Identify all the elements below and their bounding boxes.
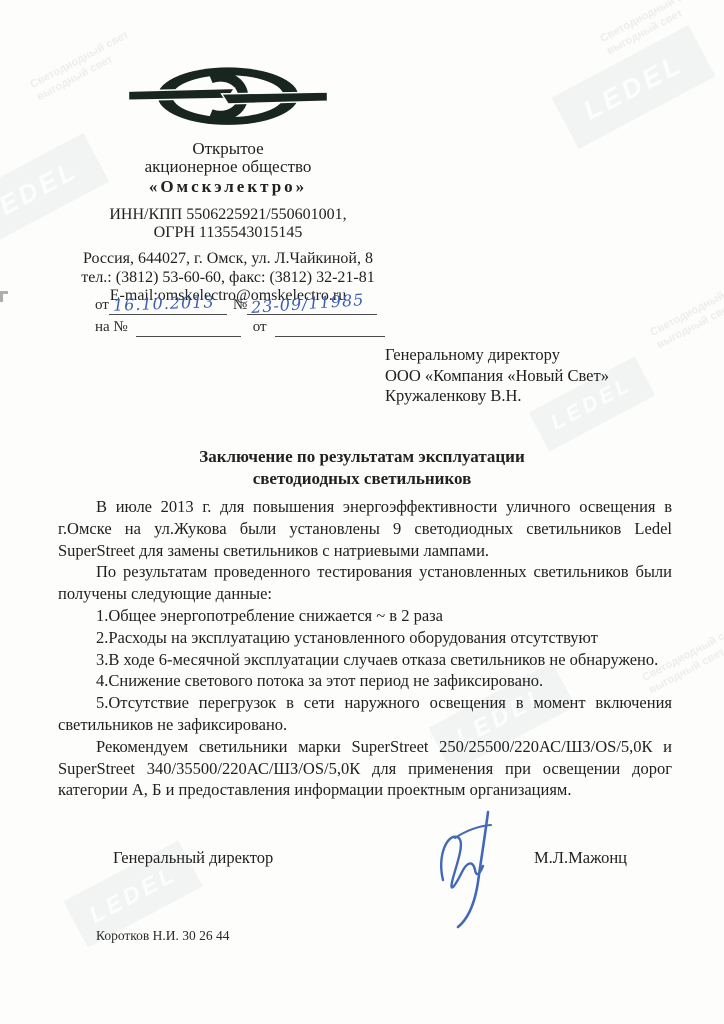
signature-name: М.Л.Мажонц — [534, 848, 672, 868]
body-list-item: 5.Отсутствие перегрузок в сети наружного… — [58, 692, 672, 736]
ogrn-line: ОГРН 1135543015145 — [52, 224, 404, 242]
body-list-item: 1.Общее энергопотребление снижается ~ в … — [58, 605, 672, 627]
inn-kpp-line: ИНН/КПП 5506225921/550601001, — [52, 206, 404, 224]
recipient-position: Генеральному директору — [385, 345, 609, 366]
signature-row: Генеральный директор М.Л.Мажонц — [58, 848, 672, 868]
watermark-slogan-line: выгодный свет — [654, 288, 724, 352]
ledel-slogan-watermark: Светодиодный свет выгодный свет — [648, 276, 724, 352]
scan-speck — [0, 294, 3, 302]
ref-date-blank: 16.10.2013 — [109, 300, 227, 315]
handwritten-number: 23-09/11985 — [251, 290, 366, 318]
body-paragraph: По результатам проведенного тестирования… — [58, 561, 672, 605]
reply-from-label: от — [253, 317, 267, 337]
phone-fax-line: тел.: (3812) 53-60-60, факс: (3812) 32-2… — [52, 269, 404, 288]
document-title-line: светодиодных светильников — [0, 468, 724, 490]
ref-number-label: № — [233, 295, 247, 315]
body-list-item: 4.Снижение светового потока за этот пери… — [58, 670, 672, 692]
ledel-badge-watermark: LEDEL — [551, 25, 715, 149]
watermark-slogan-line: Светодиодный свет — [598, 0, 701, 46]
body-paragraph: Рекомендуем светильники марки SuperStree… — [58, 736, 672, 801]
handwritten-date: 16.10.2013 — [113, 292, 215, 316]
sender-block: Открытое акционерное общество «Омскэлект… — [52, 58, 404, 306]
reply-number-blank — [136, 322, 241, 337]
reply-number-label: на № — [95, 317, 128, 337]
postal-address-line: Россия, 644027, г. Омск, ул. Л.Чайкиной,… — [52, 250, 404, 269]
reply-date-blank — [275, 322, 385, 337]
org-type-line: акционерное общество — [52, 158, 404, 176]
watermark-slogan-line: выгодный свет — [604, 0, 707, 58]
watermark-slogan-line: Светодиодный свет — [648, 276, 724, 340]
omskelektro-logo-icon — [52, 58, 404, 138]
org-type-line: Открытое — [52, 140, 404, 158]
org-name: «Омскэлектро» — [52, 177, 404, 197]
executor-note: Коротков Н.И. 30 26 44 — [96, 928, 230, 944]
recipient-block: Генеральному директору ООО «Компания «Но… — [385, 345, 609, 407]
body-list-item: 3.В ходе 6-месячной эксплуатации случаев… — [58, 649, 672, 671]
body-list-item: 2.Расходы на эксплуатацию установленного… — [58, 627, 672, 649]
document-title-line: Заключение по результатам эксплуатации — [0, 446, 724, 468]
document-title: Заключение по результатам эксплуатации с… — [0, 446, 724, 490]
body-paragraph: В июле 2013 г. для повышения энергоэффек… — [58, 496, 672, 561]
ref-from-label: от — [95, 295, 109, 315]
ref-number-blank: 23-09/11985 — [247, 300, 377, 315]
reference-lines: от 16.10.2013 № 23-09/11985 на № от — [95, 295, 395, 339]
scanned-letter-page: Светодиодный свет выгодный свет Светодио… — [0, 0, 724, 1024]
ledel-slogan-watermark: Светодиодный свет выгодный свет — [598, 0, 708, 58]
signature-position-label: Генеральный директор — [58, 848, 273, 868]
director-signature-ink — [425, 808, 530, 938]
letter-body: В июле 2013 г. для повышения энергоэффек… — [58, 496, 672, 801]
recipient-company: ООО «Компания «Новый Свет» — [385, 366, 609, 387]
recipient-name: Кружаленкову В.Н. — [385, 386, 609, 407]
